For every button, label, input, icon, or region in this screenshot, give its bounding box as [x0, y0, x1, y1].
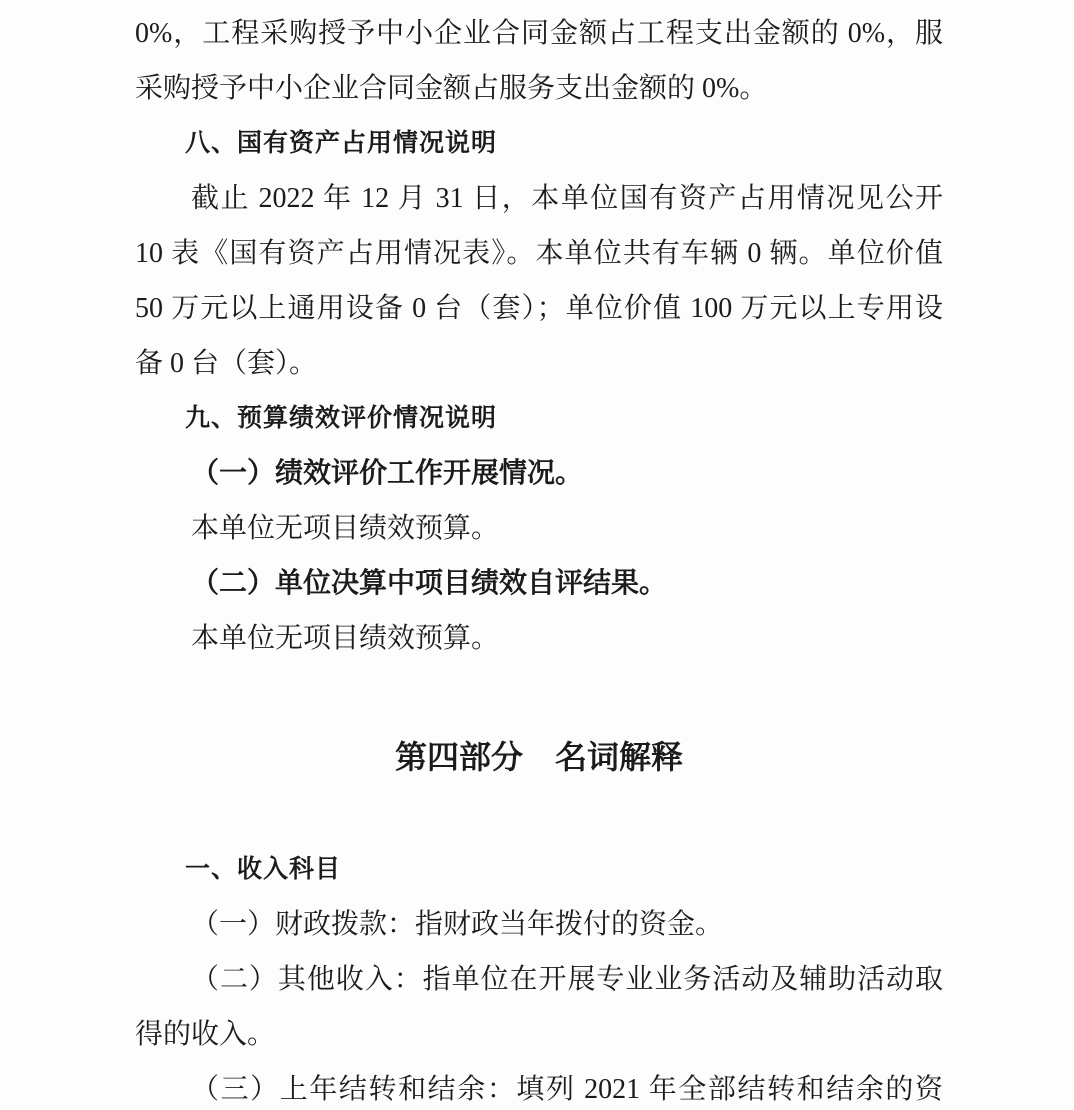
text-column: 0%，工程采购授予中小企业合同金额占工程支出金额的 0%，服务采购授予中小企业合… [135, 6, 943, 1110]
subheading-performance-1: （一）绩效评价工作开展情况。 [135, 446, 943, 501]
part-title-4-glossary: 第四部分 名词解释 [135, 728, 943, 786]
paragraph-line-procurement-1: 0%，工程采购授予中小企业合同金额占工程支出金额的 0%，服务 [135, 6, 943, 61]
paragraph-line-assets-2: 10 表《国有资产占用情况表》。本单位共有车辆 0 辆。单位价值 [135, 226, 943, 281]
paragraph-line-income-3: （三）上年结转和结余：填列 2021 年全部结转和结余的资 [135, 1062, 943, 1110]
subheading-performance-2: （二）单位决算中项目绩效自评结果。 [135, 556, 943, 611]
paragraph-line-income-2a: （二）其他收入：指单位在开展专业业务活动及辅助活动取 [135, 952, 943, 1007]
paragraph-line-no-budget-1: 本单位无项目绩效预算。 [135, 501, 943, 556]
paragraph-line-assets-1: 截止 2022 年 12 月 31 日，本单位国有资产占用情况见公开 [135, 171, 943, 226]
section-heading-8-state-assets: 八、国有资产占用情况说明 [135, 116, 943, 171]
paragraph-line-income-1: （一）财政拨款：指财政当年拨付的资金。 [135, 897, 943, 952]
section-heading-1-income: 一、收入科目 [135, 842, 943, 897]
paragraph-line-assets-3: 50 万元以上通用设备 0 台（套）；单位价值 100 万元以上专用设 [135, 281, 943, 336]
document-page: 0%，工程采购授予中小企业合同金额占工程支出金额的 0%，服务采购授予中小企业合… [0, 0, 1074, 1110]
paragraph-line-income-2b: 得的收入。 [135, 1007, 943, 1062]
section-heading-9-performance: 九、预算绩效评价情况说明 [135, 391, 943, 446]
paragraph-line-no-budget-2: 本单位无项目绩效预算。 [135, 611, 943, 666]
paragraph-line-assets-4: 备 0 台（套）。 [135, 336, 943, 391]
paragraph-line-procurement-2: 采购授予中小企业合同金额占服务支出金额的 0%。 [135, 61, 943, 116]
